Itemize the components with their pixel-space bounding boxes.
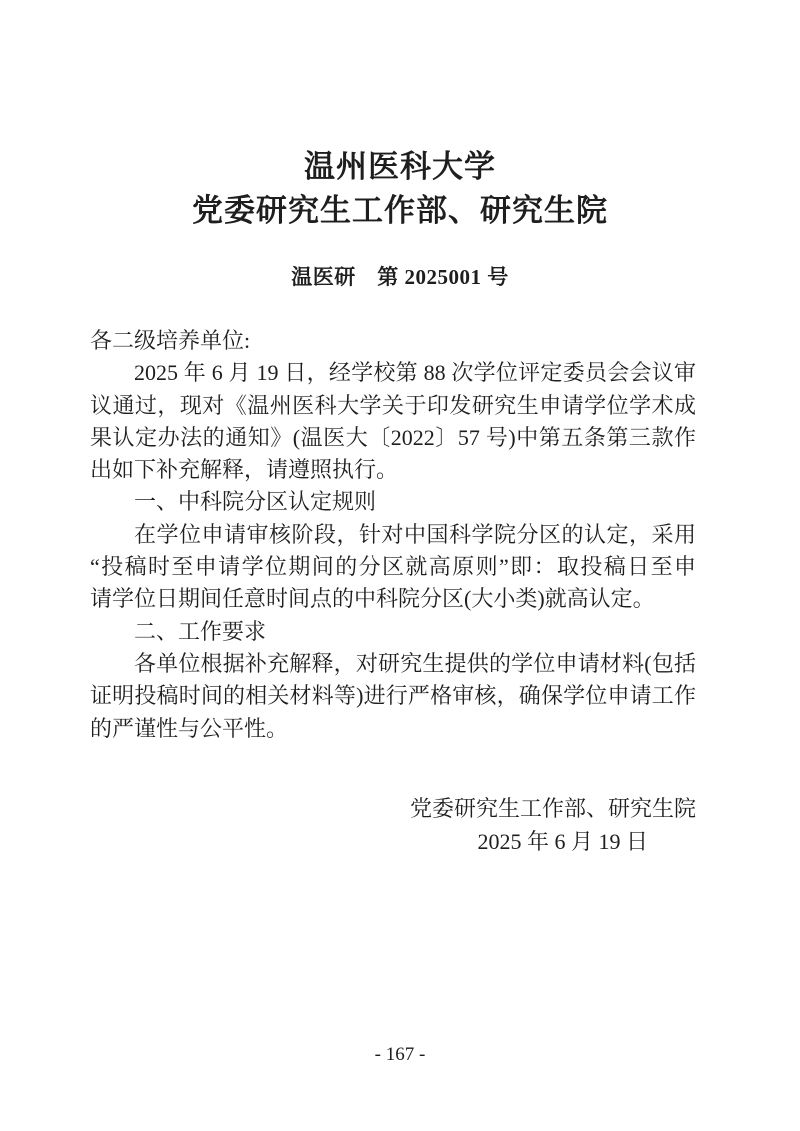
document-body: 各二级培养单位: 2025 年 6 月 19 日，经学校第 88 次学位评定委员… [90,325,696,745]
signature-org: 党委研究生工作部、研究生院 [90,792,696,825]
body-line: 出如下补充解释，请遵照执行。 [90,454,696,486]
body-line: “投稿时至申请学位期间的分区就高原则”即：取投稿日至申 [90,551,696,583]
signature-block: 党委研究生工作部、研究生院 2025 年 6 月 19 日 [90,792,696,858]
body-line: 的严谨性与公平性。 [90,713,696,745]
body-line: 在学位申请审核阶段，针对中国科学院分区的认定，采用 [90,519,696,551]
doc-title-line2: 党委研究生工作部、研究生院 [0,189,800,233]
body-line: 2025 年 6 月 19 日，经学校第 88 次学位评定委员会会议审 [90,357,696,389]
salutation: 各二级培养单位: [90,325,696,357]
doc-number: 温医研 第 2025001 号 [0,263,800,291]
document-page: 温州医科大学 党委研究生工作部、研究生院 温医研 第 2025001 号 各二级… [0,0,800,1131]
body-line: 果认定办法的通知》(温医大〔2022〕57 号)中第五条第三款作 [90,422,696,454]
body-line: 请学位日期间任意时间点的中科院分区(大小类)就高认定。 [90,583,696,615]
signature-date: 2025 年 6 月 19 日 [90,825,696,858]
page-number: - 167 - [0,1043,800,1067]
body-line: 各单位根据补充解释，对研究生提供的学位申请材料(包括 [90,648,696,680]
body-line: 议通过，现对《温州医科大学关于印发研究生申请学位学术成 [90,390,696,422]
body-line: 证明投稿时间的相关材料等)进行严格审核，确保学位申请工作 [90,680,696,712]
section-heading: 一、中科院分区认定规则 [90,486,696,518]
doc-title-line1: 温州医科大学 [0,145,800,189]
section-heading: 二、工作要求 [90,616,696,648]
document-header: 温州医科大学 党委研究生工作部、研究生院 温医研 第 2025001 号 [0,0,800,291]
